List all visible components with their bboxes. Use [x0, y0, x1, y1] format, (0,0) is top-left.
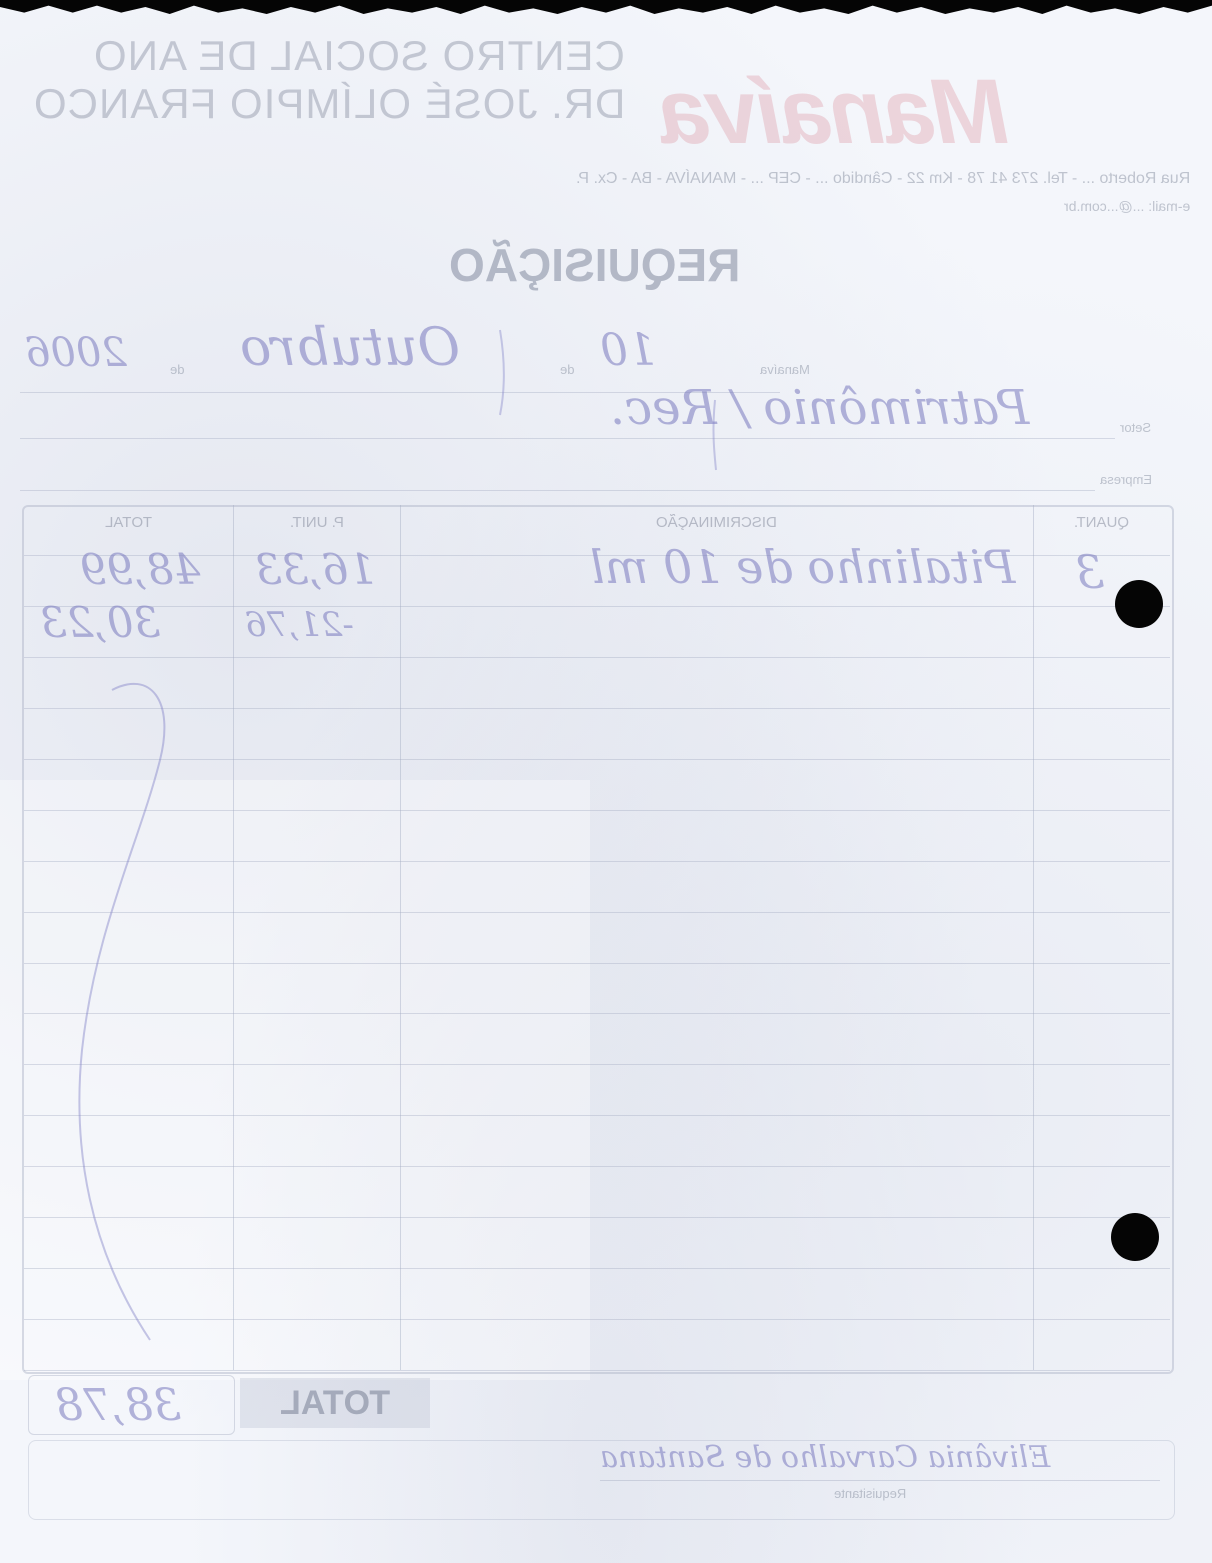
- signature-line: [600, 1480, 1160, 1481]
- punch-hole: [1115, 580, 1163, 628]
- handwritten-bracket: [0, 0, 1212, 1563]
- total-value: 38,78: [55, 1380, 181, 1431]
- punch-hole: [1111, 1213, 1159, 1261]
- signature: Elivânia Carvalho de Santana: [600, 1440, 1050, 1475]
- total-label: TOTAL: [240, 1378, 430, 1428]
- signature-label: Requisitante: [810, 1486, 930, 1501]
